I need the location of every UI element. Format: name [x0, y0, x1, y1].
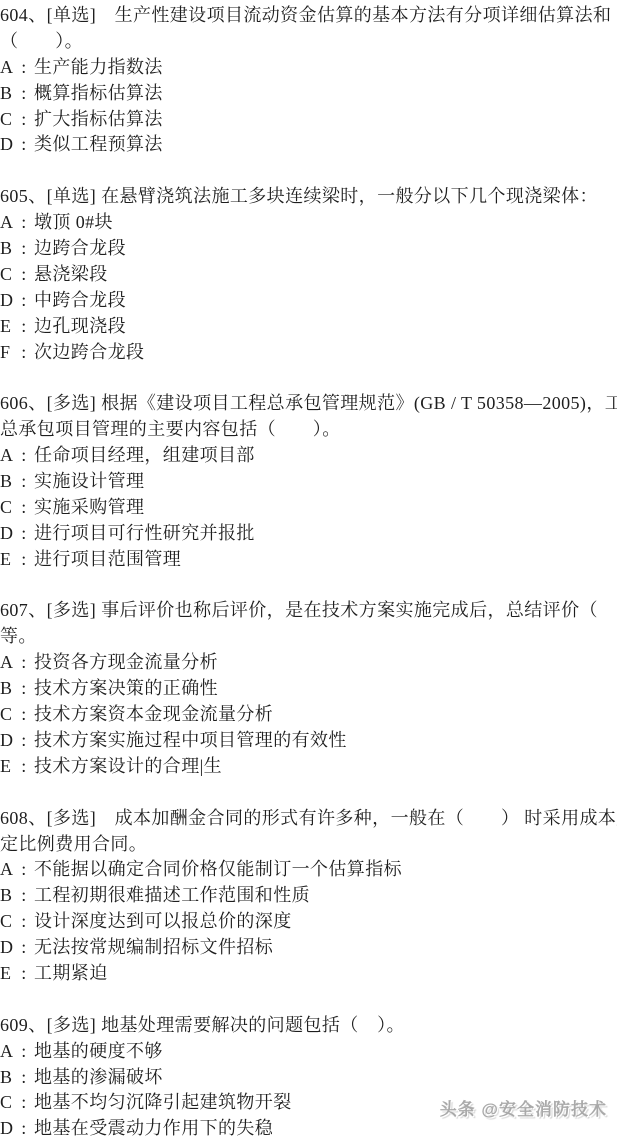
option-separator: : [14, 521, 34, 547]
option-separator: : [14, 236, 34, 262]
option-separator: : [14, 132, 34, 158]
option-row: E:边孔现浇段 [0, 314, 617, 340]
option-letter: C [0, 909, 14, 935]
option-separator: : [14, 1039, 34, 1065]
option-text: 墩顶 0#块 [34, 212, 113, 232]
question-stem-line: 等。 [0, 624, 617, 650]
option-separator: : [14, 443, 34, 469]
option-letter: B [0, 236, 14, 262]
option-letter: B [0, 81, 14, 107]
option-separator: : [14, 961, 34, 987]
question-stem-line: 606、[多选] 根据《建设项目工程总承包管理规范》(GB / T 50358—… [0, 391, 617, 417]
option-row: B:工程初期很难描述工作范围和性质 [0, 883, 617, 909]
option-row: E:工期紧迫 [0, 961, 617, 987]
option-letter: A [0, 443, 14, 469]
option-letter: D [0, 728, 14, 754]
option-text: 地基的渗漏破坏 [34, 1067, 163, 1087]
option-letter: B [0, 883, 14, 909]
option-row: A:不能据以确定合同价格仅能制订一个估算指标 [0, 857, 617, 883]
option-separator: : [14, 728, 34, 754]
option-letter: E [0, 961, 14, 987]
option-letter: D [0, 1116, 14, 1136]
watermark: 头条 @安全消防技术 [440, 1095, 607, 1120]
option-text: 地基不均匀沉降引起建筑物开裂 [34, 1092, 292, 1112]
option-row: D:无法按常规编制招标文件招标 [0, 935, 617, 961]
option-row: A:投资各方现金流量分析 [0, 650, 617, 676]
option-text: 边跨合龙段 [34, 238, 126, 258]
option-row: A:墩顶 0#块 [0, 210, 617, 236]
option-separator: : [14, 107, 34, 133]
option-text: 边孔现浇段 [34, 316, 126, 336]
option-letter: A [0, 55, 14, 81]
option-text: 概算指标估算法 [34, 83, 163, 103]
option-row: C:扩大指标估算法 [0, 107, 617, 133]
option-row: A:任命项目经理，组建项目部 [0, 443, 617, 469]
question-stem-line: 定比例费用合同。 [0, 832, 617, 858]
option-separator: : [14, 547, 34, 573]
question-stem-line: 605、[单选] 在悬臂浇筑法施工多块连续梁时，一般分以下几个现浇梁体： [0, 184, 617, 210]
option-separator: : [14, 1116, 34, 1136]
question-606: 606、[多选] 根据《建设项目工程总承包管理规范》(GB / T 50358—… [0, 391, 617, 572]
question-stem-line: 总承包项目管理的主要内容包括（ ）。 [0, 417, 617, 443]
question-stem-line: 607、[多选] 事后评价也称后评价，是在技术方案实施完成后，总结评价（ ） [0, 598, 617, 624]
option-letter: D [0, 935, 14, 961]
option-letter: D [0, 288, 14, 314]
option-row: D:中跨合龙段 [0, 288, 617, 314]
option-row: C:设计深度达到可以报总价的深度 [0, 909, 617, 935]
option-separator: : [14, 81, 34, 107]
option-letter: B [0, 1065, 14, 1091]
option-letter: C [0, 1090, 14, 1116]
question-stem-line: （ ）。 [0, 29, 617, 55]
option-text: 工程初期很难描述工作范围和性质 [34, 885, 310, 905]
option-row: B:技术方案决策的正确性 [0, 676, 617, 702]
option-text: 不能据以确定合同价格仅能制订一个估算指标 [34, 859, 402, 879]
option-text: 设计深度达到可以报总价的深度 [34, 911, 292, 931]
option-letter: B [0, 676, 14, 702]
question-607: 607、[多选] 事后评价也称后评价，是在技术方案实施完成后，总结评价（ ）等。… [0, 598, 617, 779]
option-separator: : [14, 210, 34, 236]
option-text: 技术方案资本金现金流量分析 [34, 704, 273, 724]
option-separator: : [14, 857, 34, 883]
option-letter: C [0, 262, 14, 288]
option-text: 无法按常规编制招标文件招标 [34, 937, 273, 957]
option-text: 工期紧迫 [34, 963, 108, 983]
option-row: C:技术方案资本金现金流量分析 [0, 702, 617, 728]
option-separator: : [14, 935, 34, 961]
option-row: F:次边跨合龙段 [0, 340, 617, 366]
option-text: 进行项目可行性研究并报批 [34, 523, 255, 543]
option-text: 次边跨合龙段 [34, 342, 144, 362]
option-separator: : [14, 469, 34, 495]
option-separator: : [14, 883, 34, 909]
option-letter: A [0, 857, 14, 883]
option-text: 任命项目经理，组建项目部 [34, 445, 255, 465]
option-separator: : [14, 314, 34, 340]
option-row: B:边跨合龙段 [0, 236, 617, 262]
option-separator: : [14, 340, 34, 366]
option-separator: : [14, 754, 34, 780]
option-row: B:地基的渗漏破坏 [0, 1065, 617, 1091]
option-row: E:技术方案设计的合理|生 [0, 754, 617, 780]
option-letter: D [0, 521, 14, 547]
question-stem-line: 608、[多选] 成本加酬金合同的形式有许多种，一般在（ ） 时采用成本加固 [0, 806, 617, 832]
option-letter: C [0, 107, 14, 133]
option-separator: : [14, 909, 34, 935]
option-text: 投资各方现金流量分析 [34, 652, 218, 672]
option-separator: : [14, 495, 34, 521]
question-list: 604、[单选] 生产性建设项目流动资金估算的基本方法有分项详细估算法和（ ）。… [0, 0, 617, 1136]
question-stem-line: 609、[多选] 地基处理需要解决的问题包括（ ）。 [0, 1013, 617, 1039]
option-letter: E [0, 314, 14, 340]
option-separator: : [14, 288, 34, 314]
option-letter: C [0, 495, 14, 521]
option-row: D:类似工程预算法 [0, 132, 617, 158]
question-604: 604、[单选] 生产性建设项目流动资金估算的基本方法有分项详细估算法和（ ）。… [0, 3, 617, 158]
option-letter: B [0, 469, 14, 495]
option-row: C:实施采购管理 [0, 495, 617, 521]
question-stem-line: 604、[单选] 生产性建设项目流动资金估算的基本方法有分项详细估算法和 [0, 3, 617, 29]
option-row: D:进行项目可行性研究并报批 [0, 521, 617, 547]
option-text: 地基的硬度不够 [34, 1041, 163, 1061]
option-row: C:悬浇梁段 [0, 262, 617, 288]
option-row: A:生产能力指数法 [0, 55, 617, 81]
option-letter: A [0, 210, 14, 236]
option-separator: : [14, 676, 34, 702]
option-letter: A [0, 650, 14, 676]
option-letter: E [0, 754, 14, 780]
option-letter: A [0, 1039, 14, 1065]
question-605: 605、[单选] 在悬臂浇筑法施工多块连续梁时，一般分以下几个现浇梁体：A:墩顶… [0, 184, 617, 365]
option-letter: C [0, 702, 14, 728]
option-letter: D [0, 132, 14, 158]
option-text: 扩大指标估算法 [34, 109, 163, 129]
option-text: 生产能力指数法 [34, 57, 163, 77]
option-text: 类似工程预算法 [34, 134, 163, 154]
option-text: 进行项目范围管理 [34, 549, 181, 569]
option-text: 悬浇梁段 [34, 264, 108, 284]
option-letter: F [0, 340, 14, 366]
option-letter: E [0, 547, 14, 573]
option-text: 技术方案实施过程中项目管理的有效性 [34, 730, 347, 750]
option-separator: : [14, 1090, 34, 1116]
option-row: A:地基的硬度不够 [0, 1039, 617, 1065]
question-608: 608、[多选] 成本加酬金合同的形式有许多种，一般在（ ） 时采用成本加固定比… [0, 806, 617, 987]
option-text: 实施设计管理 [34, 471, 144, 491]
option-row: D:技术方案实施过程中项目管理的有效性 [0, 728, 617, 754]
option-text: 实施采购管理 [34, 497, 144, 517]
option-separator: : [14, 1065, 34, 1091]
option-text: 中跨合龙段 [34, 290, 126, 310]
option-row: B:概算指标估算法 [0, 81, 617, 107]
option-text: 技术方案设计的合理|生 [34, 756, 222, 776]
option-separator: : [14, 262, 34, 288]
option-row: E:进行项目范围管理 [0, 547, 617, 573]
option-text: 技术方案决策的正确性 [34, 678, 218, 698]
option-separator: : [14, 650, 34, 676]
option-separator: : [14, 702, 34, 728]
option-text: 地基在受震动力作用下的失稳 [34, 1118, 273, 1136]
option-row: B:实施设计管理 [0, 469, 617, 495]
option-separator: : [14, 55, 34, 81]
